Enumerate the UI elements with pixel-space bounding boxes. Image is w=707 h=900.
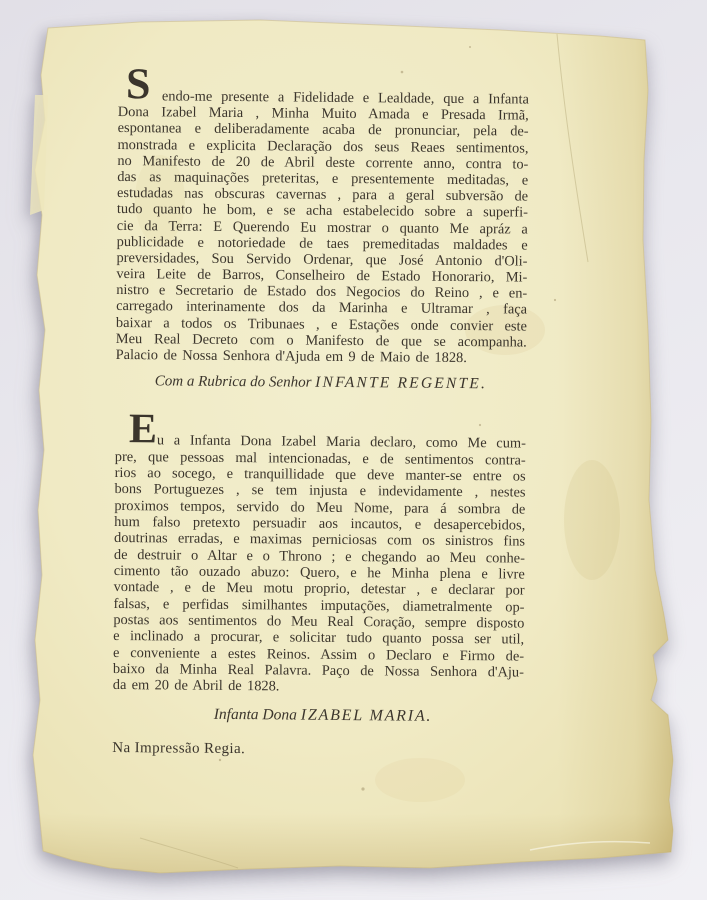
paragraph-1-lines: endo-me presente a Fidelidade e Lealdade… — [116, 88, 529, 367]
paragraph-2: E u a Infanta Dona Izabel Maria declaro,… — [113, 432, 526, 697]
signature-line: Infanta Dona IZABEL MARIA. — [122, 704, 523, 726]
signature-caps: IZABEL MARIA. — [301, 706, 433, 724]
printed-text: S endo-me presente a Fidelidade e Lealda… — [112, 88, 529, 761]
drop-cap-s: S — [126, 62, 151, 106]
rubric-prefix: Com a Rubrica do Senhor — [155, 374, 316, 391]
signature-prefix: Infanta Dona — [214, 706, 301, 724]
rubric-caps: INFANTE REGENTE. — [315, 374, 487, 392]
paragraph-2-lines: u a Infanta Dona Izabel Maria declaro, c… — [113, 432, 526, 697]
text-line: da em 20 de Abril de 1828. — [113, 677, 524, 697]
imprint-line: Na Impressão Regia. — [112, 739, 523, 762]
paragraph-1: S endo-me presente a Fidelidade e Lealda… — [116, 88, 529, 367]
drop-cap-e: E — [129, 408, 157, 450]
photo-backdrop: S endo-me presente a Fidelidade e Lealda… — [0, 0, 707, 900]
rubric-line: Com a Rubrica do Senhor INFANTE REGENTE. — [115, 372, 526, 394]
text-line: Palacio de Nossa Senhora d'Ajuda em 9 de… — [116, 347, 527, 367]
